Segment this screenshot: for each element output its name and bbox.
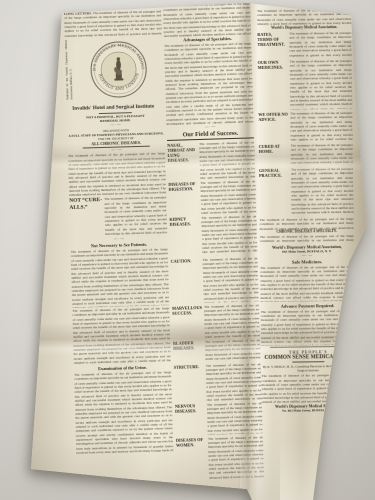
section-head: RATES, TERMS OF TREATMENT. [257,32,287,58]
section-text: The treatment of diseases of the air pas… [205,338,261,362]
paragraph: The treatment of diseases of the air pas… [71,247,170,308]
section-text: The treatment of diseases of the air pas… [289,31,351,58]
section-head: DISEASES OF WOMEN. [176,437,207,480]
divider-rule [99,112,132,114]
section-head: CAUTION. [171,258,202,304]
paragraph: The treatment of diseases of the air pas… [260,217,354,230]
section-text: The treatment of diseases of the air pas… [201,214,257,256]
left-column: LONG LETTERS. The treatment of diseases … [64,9,173,455]
section-nervous-diseases: NERVOUS DISEASES. The treatment of disea… [175,401,263,436]
section-kidney-diseases: KIDNEY DISEASES. The treatment of diseas… [169,214,257,257]
divider-rule [292,362,324,363]
institute-title: Invalids' Hotel and Surgical Institute [67,103,160,112]
adviser-byline: By R. V. PIERCE, M. D., Consulting Physi… [261,364,355,373]
paragraph: The treatment of diseases of the air pas… [164,41,253,126]
section-not-cure-alls: NOT “CURE-ALLS.” The treatment of diseas… [69,196,167,239]
section-marvellous-success: MARVELLOUS SUCCESS. The treatment of dis… [172,303,260,339]
section-text: The treatment of diseases of the air pas… [290,111,352,142]
section-text: The treatment of diseases of the air pas… [199,140,255,179]
section-we-offer-no-advice: WE OFFER NO ADVICE. The treatment of dis… [258,111,352,142]
dispensary-seal-emblem: WORLD'S DISPENSARY MEDICAL ASSOCIATION B… [87,38,149,102]
association-line: World's Dispensary Medical Association. [257,25,351,30]
divider-rule [271,346,346,348]
right-column: The treatment of diseases of the air pas… [257,8,356,414]
section-stricture: STRICTURE. The treatment of diseases of … [174,362,262,402]
not-cure-alls-head: NOT “CURE-ALLS.” [69,197,103,238]
section-text: The treatment of diseases of the air pas… [200,179,256,214]
paragraph: The treatment of diseases of the air pas… [74,370,173,455]
paragraph: The treatment of diseases of the air pas… [261,308,355,345]
section-head: MARVELLOUS SUCCESS. [172,305,203,339]
paragraph: The treatment of diseases of the air pas… [261,373,355,404]
adviser-title: COMMON SENSE MEDICAL ADVISER [265,354,352,361]
section-text: The treatment of diseases of the air pas… [206,362,262,401]
section-text: The treatment of diseases of the air pas… [203,256,259,303]
paragraph: The treatment of diseases of the air pas… [257,8,351,26]
section-head: BLADDER DISEASES. [173,340,204,363]
section-head: KIDNEY DISEASES. [169,216,200,257]
section-head: CURED AT HOME. [259,144,289,166]
section-bladder-diseases: BLADDER DISEASES. The treatment of disea… [173,338,261,363]
paragraph: The treatment of diseases of the air pas… [68,152,166,197]
photo-of-pamphlet: LONG LETTERS. The treatment of diseases … [0,0,375,500]
publisher-address: No. 663 Main Street, BUFFALO, N. Y. [262,408,356,413]
section-text: The treatment of diseases of the air pas… [204,303,260,338]
section-head: OUR OWN MEDICINES. [258,60,289,110]
section-diseases-of-digestion: DISEASES OF DIGESTION. The treatment of … [168,179,256,215]
section-caution: CAUTION. The treatment of diseases of th… [171,256,259,304]
section-text: The treatment of diseases of the air pas… [290,59,353,110]
section-general-practice: GENERAL PRACTICE. The treatment of disea… [259,167,354,216]
section-head: GENERAL PRACTICE. [259,168,290,216]
section-rates-terms: RATES, TERMS OF TREATMENT. The treatment… [257,31,351,58]
seal-row: Published by the World's Dispensary Medi… [65,37,164,104]
paragraph: The treatment of diseases of the air pas… [260,264,354,301]
document-paper: LONG LETTERS. The treatment of diseases … [0,0,375,500]
paper-sheet: LONG LETTERS. The treatment of diseases … [0,0,375,500]
section-text: The treatment of diseases of the air pas… [291,167,354,216]
paragraph: LONG LETTERS. The treatment of diseases … [64,9,162,39]
section-nasal-throat-lung: NASAL, THROAT AND LUNG DISEASES. The tre… [167,140,255,180]
section-text: The treatment of diseases of the air pas… [208,435,264,479]
section-text: The treatment of diseases of the air pas… [207,401,263,435]
section-head: STRICTURE. [174,364,205,402]
section-text: The treatment of diseases of the air pas… [291,143,353,166]
section-cured-at-home: CURED AT HOME. The treatment of diseases… [259,143,353,166]
section-head: NASAL, THROAT AND LUNG DISEASES. [167,142,198,180]
section-our-own-medicines: OUR OWN MEDICINES. The treatment of dise… [258,59,353,110]
paragraph: The treatment of diseases of the air pas… [163,1,251,38]
section-text: The treatment of diseases of the air pas… [104,196,167,238]
section-head: WE OFFER NO ADVICE. [258,112,288,142]
section-diseases-of-women: DISEASES OF WOMEN. The treatment of dise… [176,435,264,480]
paragraph: The treatment of diseases of the air pas… [72,306,171,365]
middle-column: The treatment of diseases of the air pas… [163,1,264,479]
our-field-head: Our Field of Success. [167,129,254,141]
section-head: NERVOUS DISEASES. [175,403,206,436]
section-head: DISEASES OF DIGESTION. [168,181,199,215]
